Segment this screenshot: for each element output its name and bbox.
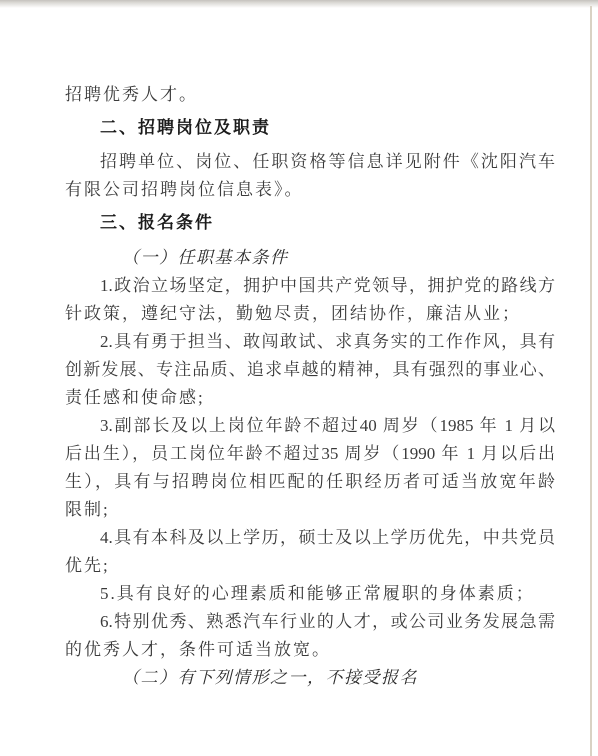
- document-content: 招聘优秀人才。二、招聘岗位及职责招聘单位、岗位、任职资格等信息详见附件《沈阳汽车…: [65, 81, 555, 692]
- document-text-line: （二）有下列情形之一，不接受报名: [65, 664, 555, 692]
- page-top-shadow: [0, 0, 598, 8]
- document-text-line: 生），具有与招聘岗位相匹配的任职经历者可适当放宽年龄: [65, 468, 555, 496]
- document-text-line: 2.具有勇于担当、敢闯敢试、求真务实的工作作风，具有: [65, 328, 555, 356]
- document-text-line: 二、招聘岗位及职责: [65, 114, 555, 142]
- document-text-line: 三、报名条件: [65, 209, 555, 237]
- page-right-edge-line: [590, 6, 592, 756]
- document-text-line: 针政策，遵纪守法，勤勉尽责，团结协作，廉洁从业；: [65, 300, 555, 328]
- document-text-line: 4.具有本科及以上学历，硕士及以上学历优先，中共党员: [65, 524, 555, 552]
- document-text-line: 限制;: [65, 496, 555, 524]
- document-text-line: 责任感和使命感;: [65, 384, 555, 412]
- document-text-line: 5.具有良好的心理素质和能够正常履职的身体素质；: [65, 580, 555, 608]
- document-text-line: 创新发展、专注品质、追求卓越的精神，具有强烈的事业心、: [65, 356, 555, 384]
- document-page: 招聘优秀人才。二、招聘岗位及职责招聘单位、岗位、任职资格等信息详见附件《沈阳汽车…: [0, 0, 598, 756]
- document-text-line: 的优秀人才，条件可适当放宽。: [65, 636, 555, 664]
- document-text-line: 1.政治立场坚定，拥护中国共产党领导，拥护党的路线方: [65, 272, 555, 300]
- document-text-line: 招聘优秀人才。: [65, 81, 555, 109]
- document-text-line: 招聘单位、岗位、任职资格等信息详见附件《沈阳汽车: [65, 148, 555, 176]
- document-text-line: 优先;: [65, 552, 555, 580]
- document-text-line: 6.特别优秀、熟悉汽车行业的人才，或公司业务发展急需: [65, 608, 555, 636]
- document-text-line: 3.副部长及以上岗位年龄不超过40 周岁（1985 年 1 月以: [65, 412, 555, 440]
- document-text-line: （一）任职基本条件: [65, 244, 555, 272]
- document-text-line: 有限公司招聘岗位信息表》。: [65, 176, 555, 204]
- document-text-line: 后出生），员工岗位年龄不超过35 周岁（1990 年 1 月以后出: [65, 440, 555, 468]
